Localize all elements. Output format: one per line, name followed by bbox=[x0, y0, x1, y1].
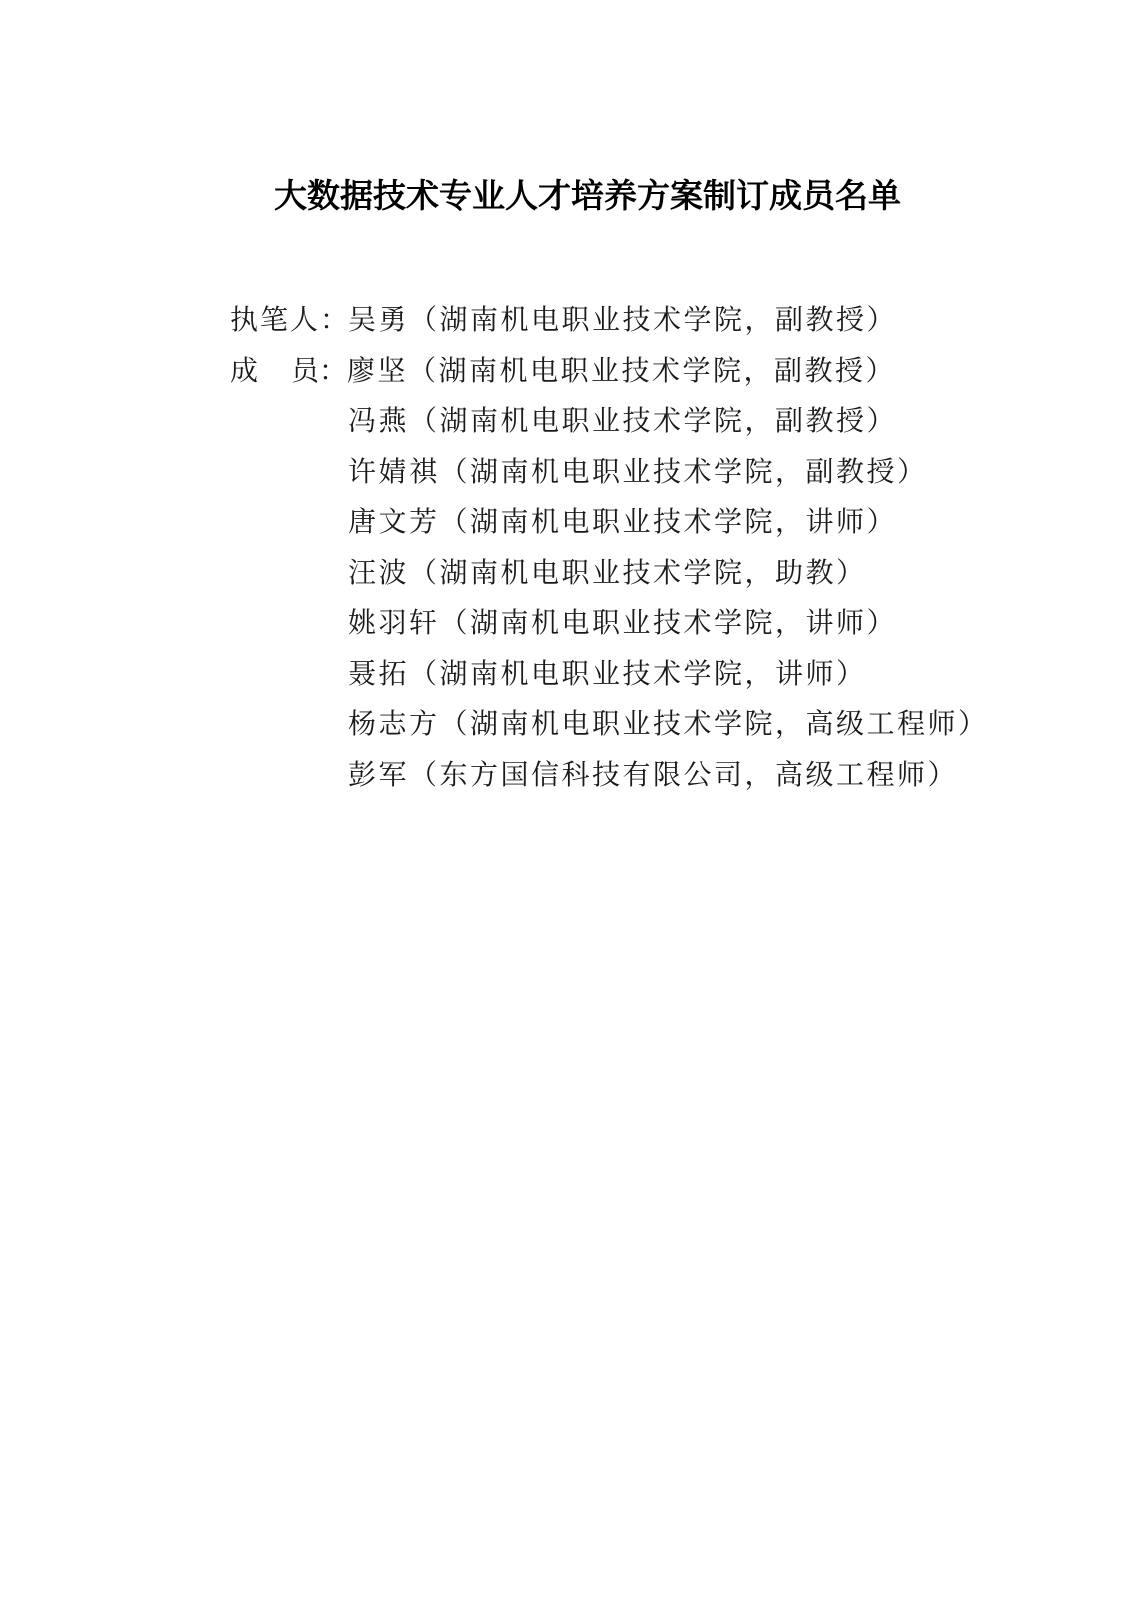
member-row: 汪波（湖南机电职业技术学院，助教） bbox=[230, 550, 989, 601]
member-entry: 姚羽轩（湖南机电职业技术学院，讲师） bbox=[348, 600, 897, 651]
member-row: 彭军（东方国信科技有限公司，高级工程师） bbox=[230, 752, 989, 803]
member-entry: 许婧祺（湖南机电职业技术学院，副教授） bbox=[348, 449, 928, 500]
members-label-part: 成 bbox=[230, 348, 258, 399]
member-row: 聂拓（湖南机电职业技术学院，讲师） bbox=[230, 651, 989, 702]
author-entry: 吴勇（湖南机电职业技术学院，副教授） bbox=[348, 297, 897, 348]
members-label-part: 员： bbox=[291, 348, 347, 399]
member-row: 成 员： 廖坚（湖南机电职业技术学院，副教授） bbox=[230, 348, 989, 399]
member-entry: 彭军（东方国信科技有限公司，高级工程师） bbox=[348, 752, 958, 803]
member-row: 冯燕（湖南机电职业技术学院，副教授） bbox=[230, 398, 989, 449]
member-row: 唐文芳（湖南机电职业技术学院，讲师） bbox=[230, 499, 989, 550]
author-label: 执笔人： bbox=[230, 297, 348, 348]
member-row: 杨志方（湖南机电职业技术学院，高级工程师） bbox=[230, 701, 989, 752]
document-title: 大数据技术专业人才培养方案制订成员名单 bbox=[0, 172, 1131, 220]
author-row: 执笔人： 吴勇（湖南机电职业技术学院，副教授） bbox=[230, 297, 989, 348]
member-entry: 杨志方（湖南机电职业技术学院，高级工程师） bbox=[348, 701, 989, 752]
member-entry: 聂拓（湖南机电职业技术学院，讲师） bbox=[348, 651, 867, 702]
member-list: 执笔人： 吴勇（湖南机电职业技术学院，副教授） 成 员： 廖坚（湖南机电职业技术… bbox=[230, 297, 989, 802]
member-entry: 冯燕（湖南机电职业技术学院，副教授） bbox=[348, 398, 897, 449]
members-label: 成 员： bbox=[230, 348, 347, 399]
member-entry: 唐文芳（湖南机电职业技术学院，讲师） bbox=[348, 499, 897, 550]
member-entry: 廖坚（湖南机电职业技术学院，副教授） bbox=[347, 348, 896, 399]
member-entry: 汪波（湖南机电职业技术学院，助教） bbox=[348, 550, 867, 601]
member-row: 许婧祺（湖南机电职业技术学院，副教授） bbox=[230, 449, 989, 500]
member-row: 姚羽轩（湖南机电职业技术学院，讲师） bbox=[230, 600, 989, 651]
